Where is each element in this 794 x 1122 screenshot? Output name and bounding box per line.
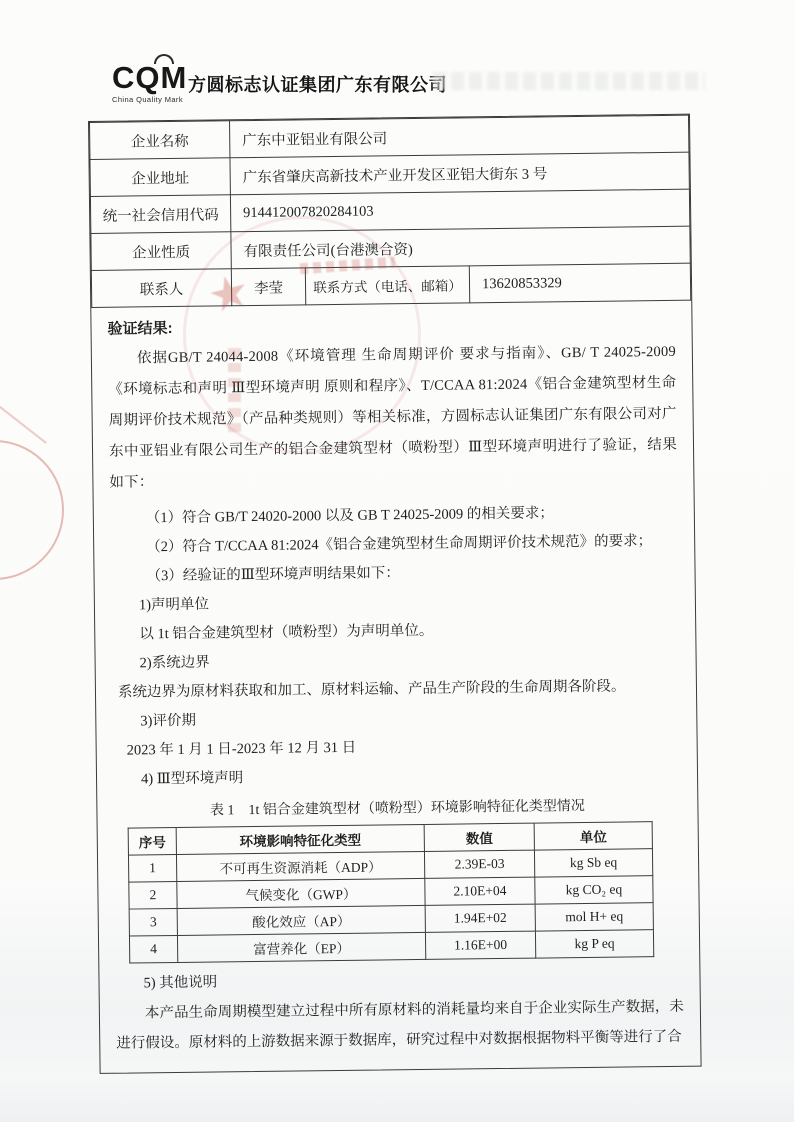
impact-type: 酸化效应（AP） <box>177 905 425 935</box>
impact-value: 1.16E+00 <box>425 931 535 959</box>
red-seal-stroke <box>0 398 47 444</box>
finding-item: （3）经验证的Ⅲ型环境声明结果如下： <box>146 561 678 585</box>
finding-item: （2）符合 T/CCAA 81:2024《铝合金建筑型材生命周期评价技术规范》的… <box>146 532 678 556</box>
section-title: 2)系统边界 <box>140 648 680 673</box>
column-header: 环境影响特征化类型 <box>176 824 424 854</box>
field-value: 广东中亚铝业有限公司 <box>230 115 689 158</box>
impact-unit: mol H+ eq <box>535 903 653 931</box>
certifier-company-title: 方圆标志认证集团广东有限公司 <box>188 71 447 97</box>
section-body: 系统边界为原材料获取和加工、原材料运输、产品生产阶段的生命周期各阶段。 <box>118 677 680 702</box>
field-value: 广东省肇庆高新技术产业开发区亚铝大街东 3 号 <box>230 152 689 195</box>
closing-paragraph: 本产品生命周期模型建立过程中所有原材料的消耗量均来自于企业实际生产数据，未进行假… <box>116 992 685 1059</box>
finding-item: （1）符合 GB/T 24020-2000 以及 GB T 24025-2009… <box>146 503 678 527</box>
logo-subtext: China Quality Mark <box>112 95 187 104</box>
crown-icon <box>154 54 174 64</box>
impact-value: 2.10E+04 <box>425 877 535 905</box>
section-title: 5) 其他说明 <box>143 968 683 993</box>
section-title: 3)评价期 <box>140 706 680 731</box>
section-title: 4) Ⅲ型环境声明 <box>141 764 681 789</box>
row-number: 1 <box>128 854 176 882</box>
field-label: 企业名称 <box>90 121 230 160</box>
impact-unit: kg Sb eq <box>534 849 652 877</box>
section-body: 以 1t 铝合金建筑型材（喷粉型）为声明单位。 <box>139 619 679 644</box>
cqm-logo: CQM China Quality Mark <box>112 62 187 104</box>
impact-unit: kg P eq <box>535 930 653 958</box>
column-header: 序号 <box>128 827 176 855</box>
section-body: 2023 年 1 月 1 日-2023 年 12 月 31 日 <box>127 735 681 760</box>
column-header: 单位 <box>534 822 652 850</box>
red-seal-fragment <box>228 348 241 432</box>
impact-type: 气候变化（GWP） <box>177 878 425 908</box>
row-number: 4 <box>129 935 177 963</box>
field-label: 企业地址 <box>90 158 230 197</box>
table-row: 4 富营养化（EP） 1.16E+00 kg P eq <box>129 930 653 963</box>
section-title: 1)声明单位 <box>139 590 679 615</box>
impact-value: 2.39E-03 <box>424 850 534 878</box>
impact-characterization-table: 序号 环境影响特征化类型 数值 单位 1 不可再生资源消耗（ADP） 2.39E… <box>128 821 655 963</box>
field-label: 统一社会信用代码 <box>90 195 230 234</box>
logo-text: CQM <box>112 62 187 93</box>
document-frame: 企业名称 广东中亚铝业有限公司 企业地址 广东省肇庆高新技术产业开发区亚铝大街东… <box>88 114 702 1074</box>
impact-unit: kg CO₂ eq <box>535 876 653 904</box>
impact-type: 富营养化（EP） <box>177 932 425 962</box>
ink-bleed-artifact <box>433 72 705 90</box>
column-header: 数值 <box>424 823 534 851</box>
impact-type: 不可再生资源消耗（ADP） <box>176 851 424 881</box>
red-seal-partial-circle <box>0 440 64 580</box>
row-number: 3 <box>129 908 177 936</box>
verification-section: 验证结果: 依据GB/T 24044-2008《环境管理 生命周期评价 要求与指… <box>91 301 700 1073</box>
field-value: 13620853329 <box>469 263 690 303</box>
impact-table-caption: 表 1 1t 铝合金建筑型材（喷粉型）环境影响特征化类型情况 <box>113 794 681 821</box>
impact-value: 1.94E+02 <box>425 904 535 932</box>
scanned-document-page: CQM China Quality Mark 方圆标志认证集团广东有限公司 企业… <box>0 0 794 1122</box>
row-number: 2 <box>129 881 177 909</box>
